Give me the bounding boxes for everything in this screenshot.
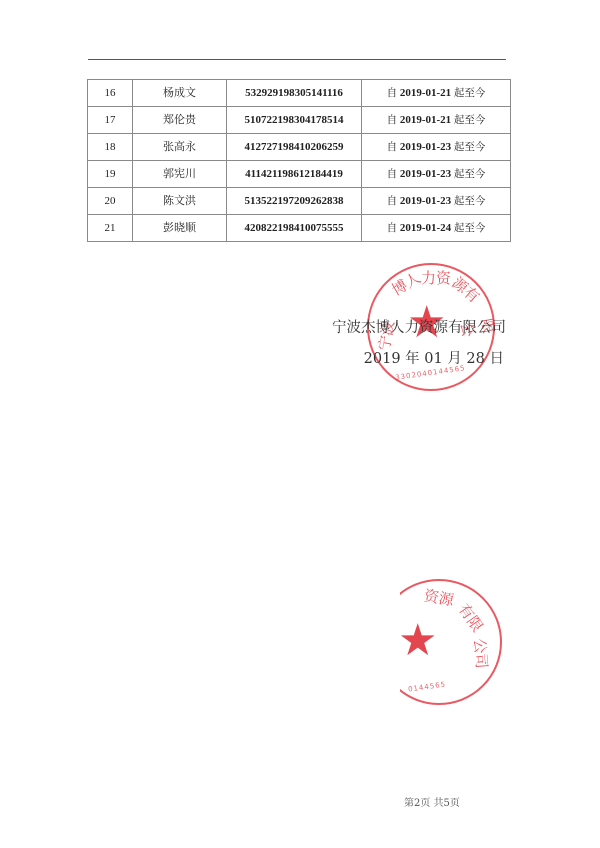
- start-date: 2019-01-21: [400, 87, 451, 99]
- row-number: 16: [88, 80, 133, 107]
- id-number: 532929198305141116: [227, 80, 362, 107]
- employment-period: 自 2019-01-23 起至今: [362, 161, 511, 188]
- seal-arc-text-a: 资源: [422, 585, 455, 611]
- table-row: 18张高永412727198410206259自 2019-01-23 起至今: [88, 134, 511, 161]
- employee-name: 陈文洪: [133, 188, 227, 215]
- employee-name: 郑伦贵: [133, 107, 227, 134]
- employment-period: 自 2019-01-23 起至今: [362, 188, 511, 215]
- page-number: 第2页 共5页: [404, 794, 460, 809]
- period-suffix: 起至今: [454, 141, 486, 153]
- employee-name: 郭宪川: [133, 161, 227, 188]
- period-prefix: 自: [387, 168, 398, 180]
- start-date: 2019-01-21: [400, 114, 451, 126]
- table-row: 19郭宪川411421198612184419自 2019-01-23 起至今: [88, 161, 511, 188]
- id-number: 510722198304178514: [227, 107, 362, 134]
- employment-period: 自 2019-01-24 起至今: [362, 215, 511, 242]
- seal-arc-text-1: 博人: [388, 267, 424, 300]
- seal-arc-text-3: 源有: [448, 272, 484, 307]
- period-suffix: 起至今: [454, 87, 486, 99]
- period-suffix: 起至今: [454, 195, 486, 207]
- period-prefix: 自: [387, 114, 398, 126]
- period-suffix: 起至今: [454, 222, 486, 234]
- employment-period: 自 2019-01-21 起至今: [362, 107, 511, 134]
- id-number: 513522197209262838: [227, 188, 362, 215]
- start-date: 2019-01-24: [400, 222, 451, 234]
- period-suffix: 起至今: [454, 168, 486, 180]
- id-number: 411421198612184419: [227, 161, 362, 188]
- employment-period: 自 2019-01-21 起至今: [362, 80, 511, 107]
- employee-name: 彭晓顺: [133, 215, 227, 242]
- seal-arc-text-c: 公司: [469, 638, 493, 670]
- partial-seal: ★ 资源 有限 公司 0144565: [400, 575, 510, 705]
- start-date: 2019-01-23: [400, 141, 451, 153]
- period-suffix: 起至今: [454, 114, 486, 126]
- seal-number-partial: 0144565: [408, 680, 447, 693]
- row-number: 21: [88, 215, 133, 242]
- start-date: 2019-01-23: [400, 168, 451, 180]
- row-number: 18: [88, 134, 133, 161]
- employee-name: 张高永: [133, 134, 227, 161]
- employee-name: 杨成文: [133, 80, 227, 107]
- period-prefix: 自: [387, 222, 398, 234]
- signature-date: 2019 年 01 月 28 日: [364, 347, 504, 368]
- seal-arc-text-b: 有限: [454, 599, 488, 636]
- header-rule: [88, 59, 506, 60]
- employee-table: 16杨成文532929198305141116自 2019-01-21 起至今1…: [87, 79, 511, 242]
- table-row: 21彭晓顺420822198410075555自 2019-01-24 起至今: [88, 215, 511, 242]
- id-number: 412727198410206259: [227, 134, 362, 161]
- table-row: 20陈文洪513522197209262838自 2019-01-23 起至今: [88, 188, 511, 215]
- row-number: 17: [88, 107, 133, 134]
- table-row: 17郑伦贵510722198304178514自 2019-01-21 起至今: [88, 107, 511, 134]
- start-date: 2019-01-23: [400, 195, 451, 207]
- period-prefix: 自: [387, 141, 398, 153]
- row-number: 20: [88, 188, 133, 215]
- period-prefix: 自: [387, 195, 398, 207]
- seal-star-icon: ★: [400, 619, 437, 663]
- signature-company: 宁波杰博人力资源有限公司: [332, 316, 506, 337]
- id-number: 420822198410075555: [227, 215, 362, 242]
- row-number: 19: [88, 161, 133, 188]
- employment-period: 自 2019-01-23 起至今: [362, 134, 511, 161]
- seal-arc-text-2: 力资: [421, 267, 451, 288]
- period-prefix: 自: [387, 87, 398, 99]
- table-row: 16杨成文532929198305141116自 2019-01-21 起至今: [88, 80, 511, 107]
